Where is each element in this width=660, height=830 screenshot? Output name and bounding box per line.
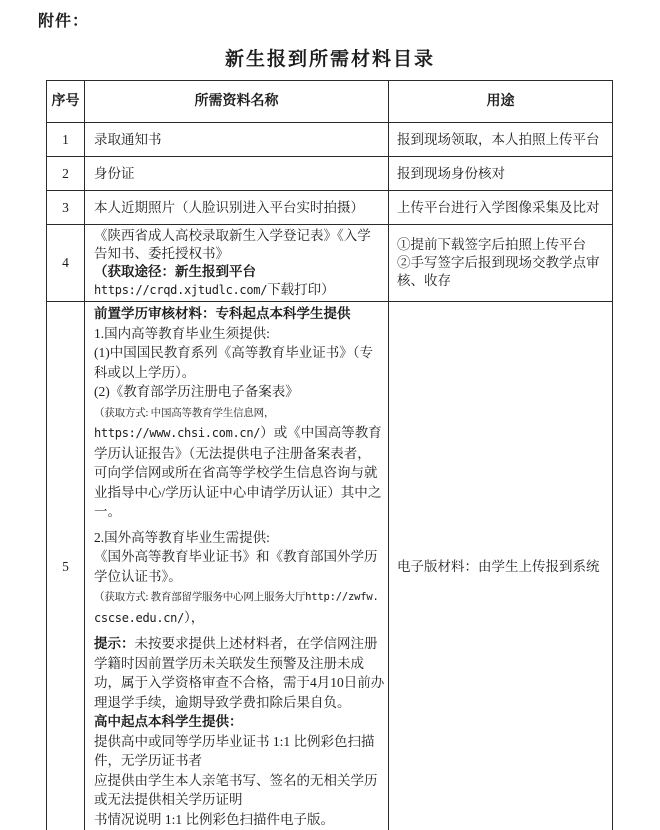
text-segment: 前置学历审核材料：专科起点本科学生提供 — [94, 306, 351, 321]
text-segment: ）或《中国高等教育 — [260, 425, 382, 440]
cell-line: 本人近期照片（人脸识别进入平台实时拍摄） — [94, 198, 385, 218]
row-number: 4 — [47, 225, 85, 302]
column-header-material-name: 所需资料名称 — [85, 81, 389, 123]
cell-line: 《国外高等教育毕业证书》和《教育部国外学历 — [94, 547, 385, 567]
cell-line: 报到现场身份核对 — [397, 164, 609, 184]
text-segment: 告知书、委托授权书》 — [94, 246, 229, 261]
table-row: 3本人近期照片（人脸识别进入平台实时拍摄）上传平台进行入学图像采集及比对 — [47, 191, 613, 225]
text-segment: 一。 — [94, 504, 121, 519]
cell-line: 一。 — [94, 502, 385, 522]
cell-line: (2)《教育部学历注册电子备案表》 — [94, 382, 385, 402]
cell-purpose: 报到现场身份核对 — [389, 157, 613, 191]
cell-line: 学位认证书》。 — [94, 567, 385, 587]
text-segment: 电子版材料：由学生上传报到系统 — [397, 559, 600, 574]
text-segment: ①提前下载签字后拍照上传平台 — [397, 237, 586, 252]
cell-line: 提供高中或同等学历毕业证书 1:1 比例彩色扫描 — [94, 732, 385, 752]
text-segment: 《陕西省成人高校录取新生入学登记表》《入学 — [94, 228, 371, 243]
text-segment: 《国外高等教育毕业证书》和《教育部国外学历 — [94, 549, 378, 564]
document-page: 附件： 新生报到所需材料目录 序号 所需资料名称 用途 1录取通知书报到现场领取… — [0, 0, 660, 830]
materials-table-body: 1录取通知书报到现场领取，本人拍照上传平台2身份证报到现场身份核对3本人近期照片… — [47, 123, 613, 830]
header-row: 序号 所需资料名称 用途 — [47, 81, 613, 123]
text-segment: 提示： — [94, 636, 135, 651]
attachment-label: 附件： — [38, 8, 89, 31]
cell-line: 书情况说明 1:1 比例彩色扫描件电子版。 — [94, 810, 385, 830]
text-segment: 理退学手续，逾期导致学费扣除后果自负。 — [94, 695, 351, 710]
row-number: 3 — [47, 191, 85, 225]
text-segment: ）， — [184, 610, 204, 625]
text-segment: 学历认证报告》（无法提供电子注册备案表者， — [94, 446, 371, 461]
cell-material-name: 本人近期照片（人脸识别进入平台实时拍摄） — [85, 191, 389, 225]
column-header-number: 序号 — [47, 81, 85, 123]
cell-line: https://crqd.xjtudlc.com/下载打印） — [94, 281, 385, 299]
materials-table: 序号 所需资料名称 用途 1录取通知书报到现场领取，本人拍照上传平台2身份证报到… — [46, 80, 613, 830]
text-segment: 提供高中或同等学历毕业证书 1:1 比例彩色扫描 — [94, 734, 375, 749]
text-segment: 2.国外高等教育毕业生需提供: — [94, 530, 270, 545]
row-number: 1 — [47, 123, 85, 157]
text-segment: 核、收存 — [397, 273, 451, 288]
cell-line: 学历认证报告》（无法提供电子注册备案表者， — [94, 444, 385, 464]
cell-line: ②手写签字后报到现场交教学点审 — [397, 254, 609, 272]
cell-line: 功，属于入学资格审查不合格，需于4月10日前办 — [94, 673, 385, 693]
cell-line: 可向学信网或所在省高等学校学生信息咨询与就 — [94, 463, 385, 483]
column-header-purpose: 用途 — [389, 81, 613, 123]
cell-line: 《陕西省成人高校录取新生入学登记表》《入学 — [94, 227, 385, 245]
text-segment: 下载打印） — [267, 282, 335, 297]
text-segment: （获取方式: 教育部留学服务中心网上服务大厅 — [94, 592, 305, 603]
cell-line: 2.国外高等教育毕业生需提供: — [94, 528, 385, 548]
text-segment: (1)中国国民教育系列《高等教育毕业证书》（专 — [94, 345, 373, 360]
url-text: https://www.chsi.com.cn/ — [94, 426, 260, 440]
text-segment: （获取途径：新生报到平台 — [94, 264, 256, 279]
text-segment: 件，无学历证书者 — [94, 753, 202, 768]
cell-purpose: 电子版材料：由学生上传报到系统 — [389, 302, 613, 830]
cell-line: cscse.edu.cn/）， — [94, 608, 385, 629]
cell-purpose: 上传平台进行入学图像采集及比对 — [389, 191, 613, 225]
row-number: 5 — [47, 302, 85, 830]
cell-line: （获取途径：新生报到平台 — [94, 263, 385, 281]
text-segment: 或无法提供相关学历证明 — [94, 792, 243, 807]
text-segment: （获取方式: 中国高等教育学生信息网， — [94, 408, 274, 419]
text-segment: 功，属于入学资格审查不合格，需于4月10日前办 — [94, 675, 384, 690]
cell-line: 身份证 — [94, 164, 385, 184]
text-segment: 书情况说明 1:1 比例彩色扫描件电子版。 — [94, 812, 334, 827]
cell-line: 学籍时因前置学历未关联发生预警及注册未成 — [94, 654, 385, 674]
cell-line: 1.国内高等教育毕业生须提供: — [94, 324, 385, 344]
text-segment: 高中起点本科学生提供： — [94, 714, 243, 729]
cell-purpose: ①提前下载签字后拍照上传平台②手写签字后报到现场交教学点审核、收存 — [389, 225, 613, 302]
cell-purpose: 报到现场领取，本人拍照上传平台 — [389, 123, 613, 157]
cell-line: 或无法提供相关学历证明 — [94, 790, 385, 810]
cell-line: 科或以上学历）。 — [94, 363, 385, 383]
text-segment: 1.国内高等教育毕业生须提供: — [94, 326, 270, 341]
cell-line: 告知书、委托授权书》 — [94, 245, 385, 263]
table-row: 5前置学历审核材料：专科起点本科学生提供1.国内高等教育毕业生须提供:(1)中国… — [47, 302, 613, 830]
table-row: 2身份证报到现场身份核对 — [47, 157, 613, 191]
cell-line: 理退学手续，逾期导致学费扣除后果自负。 — [94, 693, 385, 713]
text-segment: 学籍时因前置学历未关联发生预警及注册未成 — [94, 656, 364, 671]
text-segment: 身份证 — [94, 166, 135, 181]
text-segment: 业指导中心/学历认证中心申请学历认证）其中之 — [94, 485, 381, 500]
cell-line: ①提前下载签字后拍照上传平台 — [397, 236, 609, 254]
table-row: 4《陕西省成人高校录取新生入学登记表》《入学告知书、委托授权书》（获取途径：新生… — [47, 225, 613, 302]
cell-material-name: 录取通知书 — [85, 123, 389, 157]
cell-line: 录取通知书 — [94, 130, 385, 150]
cell-line: （获取方式: 教育部留学服务中心网上服务大厅http://zwfw. — [94, 586, 385, 608]
url-text: http://zwfw. — [305, 591, 378, 603]
cell-line: 核、收存 — [397, 272, 609, 290]
cell-line: 上传平台进行入学图像采集及比对 — [397, 198, 609, 218]
text-segment: 可向学信网或所在省高等学校学生信息咨询与就 — [94, 465, 378, 480]
cell-material-name: 《陕西省成人高校录取新生入学登记表》《入学告知书、委托授权书》（获取途径：新生报… — [85, 225, 389, 302]
text-segment: (2)《教育部学历注册电子备案表》 — [94, 384, 299, 399]
url-text: cscse.edu.cn/ — [94, 611, 184, 625]
cell-material-name: 身份证 — [85, 157, 389, 191]
row-number: 2 — [47, 157, 85, 191]
cell-line: (1)中国国民教育系列《高等教育毕业证书》（专 — [94, 343, 385, 363]
page-title: 新生报到所需材料目录 — [0, 44, 660, 71]
text-segment: 本人近期照片（人脸识别进入平台实时拍摄） — [94, 200, 364, 215]
cell-line: 前置学历审核材料：专科起点本科学生提供 — [94, 304, 385, 324]
text-segment: 科或以上学历）。 — [94, 365, 195, 380]
cell-line: 报到现场领取，本人拍照上传平台 — [397, 130, 609, 150]
cell-material-name: 前置学历审核材料：专科起点本科学生提供1.国内高等教育毕业生须提供:(1)中国国… — [85, 302, 389, 830]
text-segment: 上传平台进行入学图像采集及比对 — [397, 200, 600, 215]
cell-line: 件，无学历证书者 — [94, 751, 385, 771]
table-header: 序号 所需资料名称 用途 — [47, 81, 613, 123]
cell-line: 业指导中心/学历认证中心申请学历认证）其中之 — [94, 483, 385, 503]
cell-line: （获取方式: 中国高等教育学生信息网， — [94, 402, 385, 424]
text-segment: 报到现场身份核对 — [397, 166, 505, 181]
cell-line: 提示：未按要求提供上述材料者，在学信网注册 — [94, 634, 385, 654]
text-segment: ②手写签字后报到现场交教学点审 — [397, 255, 600, 270]
cell-line: 高中起点本科学生提供： — [94, 712, 385, 732]
text-segment: 未按要求提供上述材料者，在学信网注册 — [135, 636, 378, 651]
cell-line: https://www.chsi.com.cn/）或《中国高等教育 — [94, 423, 385, 444]
text-segment: 报到现场领取，本人拍照上传平台 — [397, 132, 600, 147]
text-segment: 应提供由学生本人亲笔书写、签名的无相关学历 — [94, 773, 378, 788]
url-text: https://crqd.xjtudlc.com/ — [94, 283, 267, 297]
table-row: 1录取通知书报到现场领取，本人拍照上传平台 — [47, 123, 613, 157]
text-segment: 学位认证书》。 — [94, 569, 182, 584]
text-segment: 录取通知书 — [94, 132, 162, 147]
cell-line: 电子版材料：由学生上传报到系统 — [397, 557, 609, 577]
cell-line: 应提供由学生本人亲笔书写、签名的无相关学历 — [94, 771, 385, 791]
